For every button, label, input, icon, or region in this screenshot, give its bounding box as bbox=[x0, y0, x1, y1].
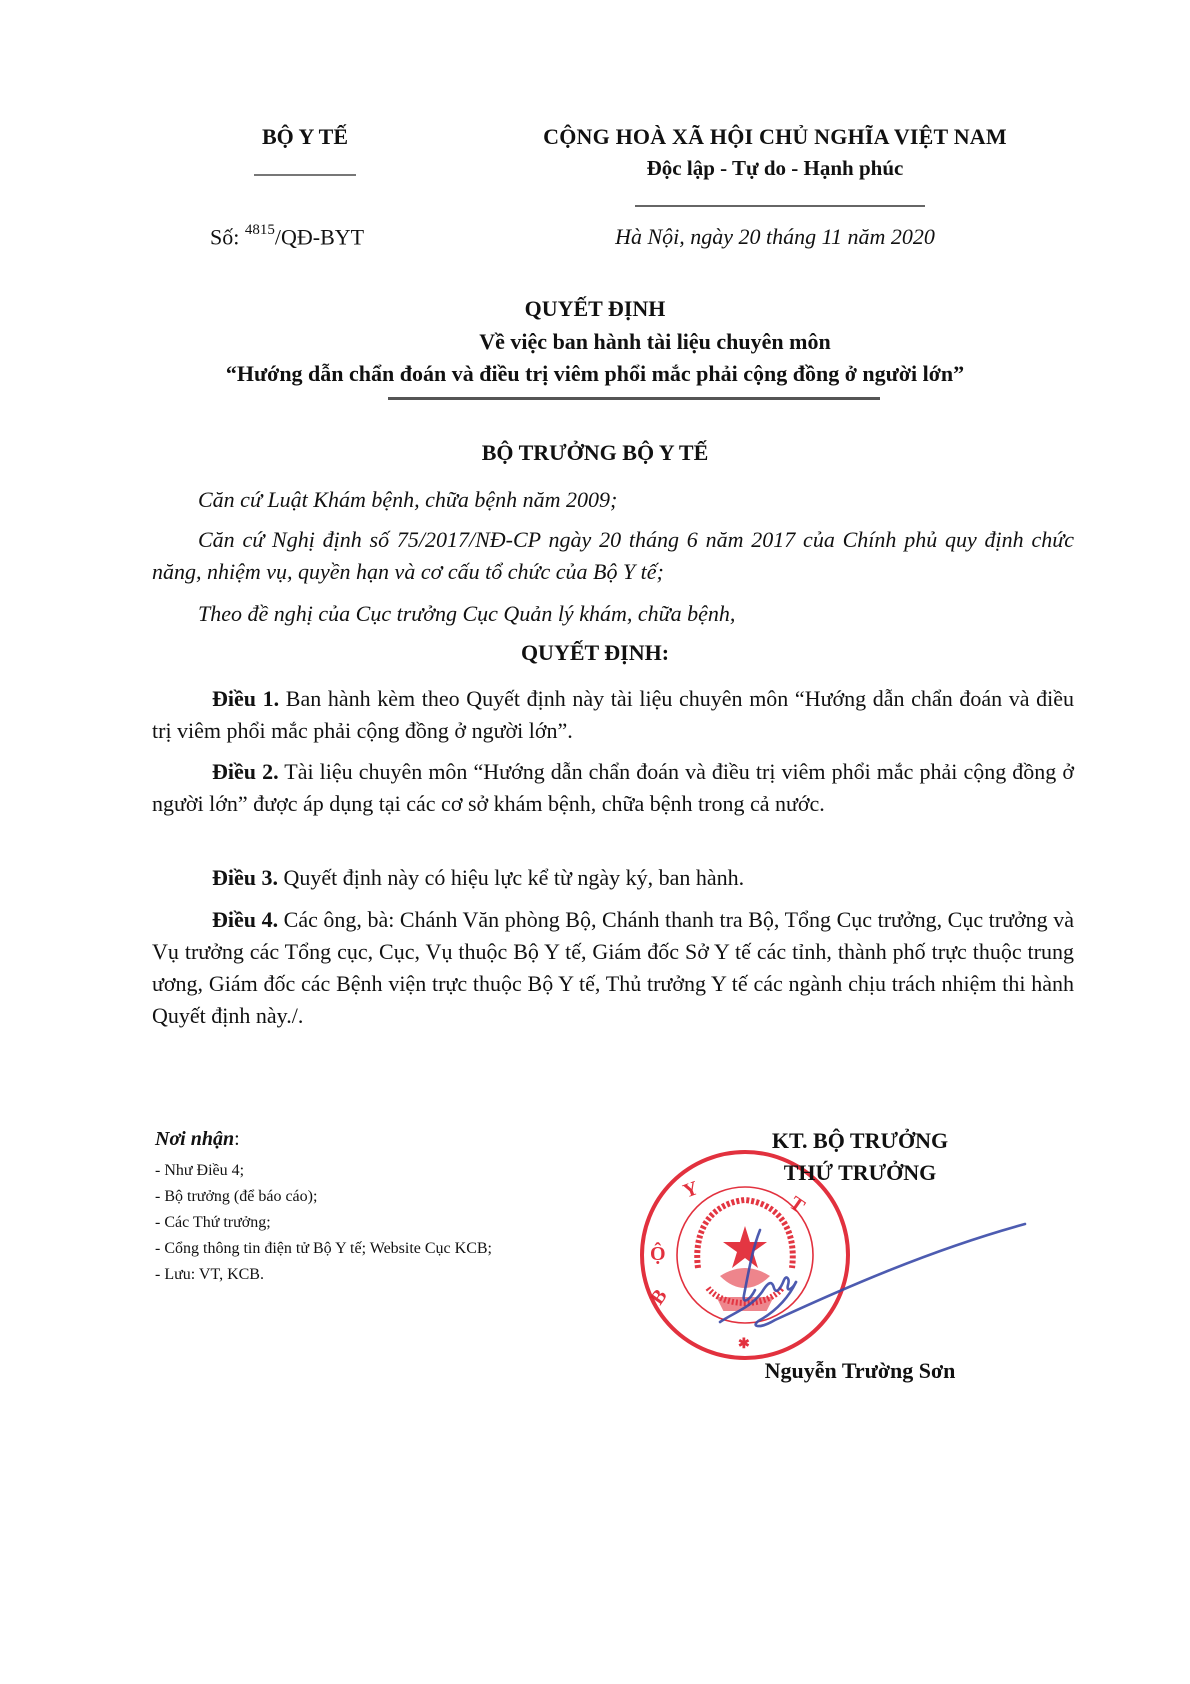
svg-text:Ộ: Ộ bbox=[650, 1242, 666, 1265]
article-label: Điều 3. bbox=[212, 865, 278, 890]
article-label: Điều 1. bbox=[212, 686, 279, 711]
nation-name: CỘNG HOÀ XÃ HỘI CHỦ NGHĨA VIỆT NAM bbox=[470, 124, 1080, 150]
article-text: Ban hành kèm theo Quyết định này tài liệ… bbox=[152, 686, 1074, 743]
recipients-list: - Như Điều 4; - Bộ trưởng (để báo cáo); … bbox=[155, 1158, 492, 1288]
recipient-item: - Bộ trưởng (để báo cáo); bbox=[155, 1184, 492, 1210]
subject-line-1: Về việc ban hành tài liệu chuyên môn bbox=[60, 329, 1190, 355]
recipient-item: - Lưu: VT, KCB. bbox=[155, 1262, 492, 1288]
subject-line-2: “Hướng dẫn chẩn đoán và điều trị viêm ph… bbox=[0, 361, 1190, 387]
article-2: Điều 2. Tài liệu chuyên môn “Hướng dẫn c… bbox=[152, 756, 1074, 820]
article-text: Quyết định này có hiệu lực kể từ ngày ký… bbox=[278, 865, 744, 890]
preamble-law: Căn cứ Luật Khám bệnh, chữa bệnh năm 200… bbox=[152, 484, 1074, 516]
doc-number-value: 4815 bbox=[245, 222, 275, 238]
signatory-name: Nguyễn Trường Sơn bbox=[730, 1358, 990, 1384]
preamble-proposal: Theo đề nghị của Cục trưởng Cục Quản lý … bbox=[152, 598, 1074, 630]
article-1: Điều 1. Ban hành kèm theo Quyết định này… bbox=[152, 683, 1074, 747]
signature-capacity: KT. BỘ TRƯỞNG bbox=[730, 1128, 990, 1154]
svg-text:B: B bbox=[646, 1285, 672, 1309]
article-label: Điều 4. bbox=[212, 907, 278, 932]
doc-number-suffix: /QĐ-BYT bbox=[275, 224, 364, 249]
article-4: Điều 4. Các ông, bà: Chánh Văn phòng Bộ,… bbox=[152, 904, 1074, 1032]
article-label: Điều 2. bbox=[212, 759, 279, 784]
document-number: Số: 4815/QĐ-BYT bbox=[210, 224, 364, 250]
national-motto: Độc lập - Tự do - Hạnh phúc bbox=[470, 156, 1080, 181]
signatory-title: THỨ TRƯỞNG bbox=[730, 1160, 990, 1186]
svg-text:T: T bbox=[785, 1192, 809, 1218]
motto-underline bbox=[635, 205, 925, 207]
recipients-colon: : bbox=[234, 1128, 240, 1150]
place-and-date: Hà Nội, ngày 20 tháng 11 năm 2020 bbox=[470, 224, 1080, 250]
recipients-title-text: Nơi nhận bbox=[155, 1128, 234, 1150]
article-text: Các ông, bà: Chánh Văn phòng Bộ, Chánh t… bbox=[152, 907, 1074, 1028]
preamble-decree: Căn cứ Nghị định số 75/2017/NĐ-CP ngày 2… bbox=[152, 524, 1074, 588]
issuing-authority: BỘ TRƯỞNG BỘ Y TẾ bbox=[0, 440, 1190, 466]
organization-underline bbox=[254, 174, 356, 176]
svg-text:Y: Y bbox=[680, 1177, 702, 1203]
title-underline bbox=[388, 397, 880, 400]
recipient-item: - Các Thứ trưởng; bbox=[155, 1210, 492, 1236]
issuing-organization: BỘ Y TẾ bbox=[200, 124, 410, 150]
recipient-item: - Cổng thông tin điện tử Bộ Y tế; Websit… bbox=[155, 1236, 492, 1262]
article-3: Điều 3. Quyết định này có hiệu lực kể từ… bbox=[152, 862, 1074, 894]
decision-heading: QUYẾT ĐỊNH: bbox=[0, 640, 1190, 666]
handwritten-signature-icon bbox=[700, 1220, 1030, 1340]
recipients-title: Nơi nhận: bbox=[155, 1128, 240, 1151]
document-type-heading: QUYẾT ĐỊNH bbox=[0, 296, 1190, 322]
recipient-item: - Như Điều 4; bbox=[155, 1158, 492, 1184]
doc-number-prefix: Số: bbox=[210, 224, 245, 249]
article-text: Tài liệu chuyên môn “Hướng dẫn chẩn đoán… bbox=[152, 759, 1074, 816]
